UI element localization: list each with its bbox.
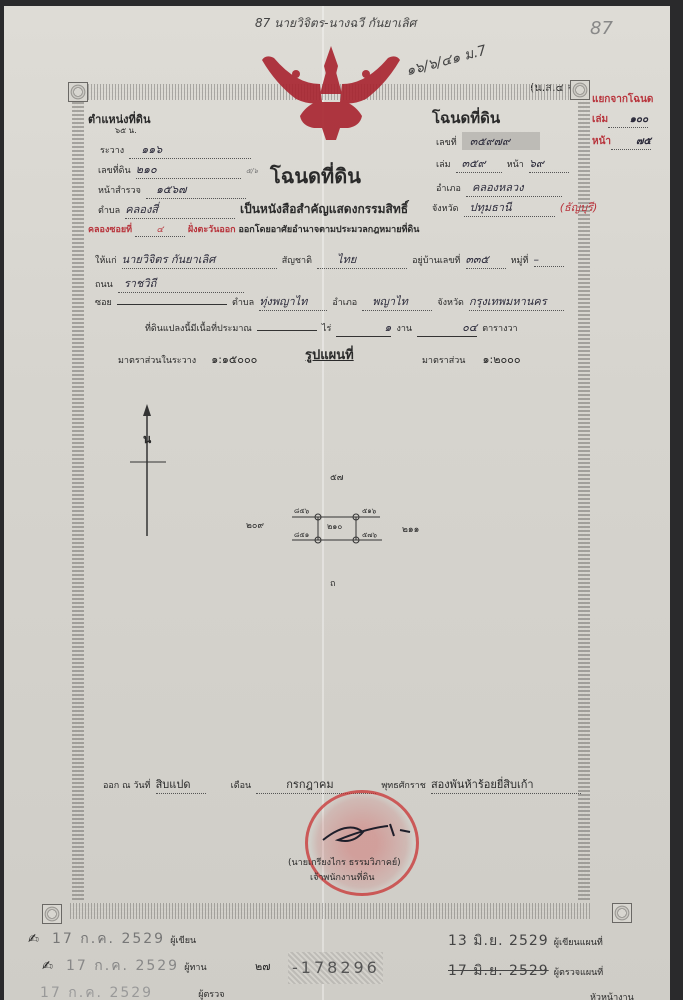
owner-province-label: จังหวัด	[437, 298, 464, 308]
deed-number-label: เลขที่	[436, 138, 457, 148]
checker-signature: ✍	[42, 959, 53, 974]
map-writer-label: ผู้เขียนแผนที่	[554, 938, 603, 948]
split-book-label: เล่ม	[592, 114, 608, 125]
deed-heading: โฉนดที่ดิน	[432, 106, 500, 130]
marker-sw: ๘๕๑	[294, 530, 309, 541]
inspector-label: ผู้ตรวจ	[198, 990, 224, 1000]
area-label: ที่ดินแปลงนี้มีเนื้อที่ประมาณ	[145, 324, 252, 334]
marker-nw: ๘๕๖	[294, 506, 309, 517]
south-neighbor: ถ	[330, 576, 335, 590]
issue-given-label: ออก ณ วันที่	[103, 781, 150, 791]
bottom-right-row-2: 17 มิ.ย. 2529 ผู้ตรวจแผนที่	[448, 960, 603, 982]
area-ngan-value: ๑	[336, 318, 391, 337]
corner-rosette-icon	[570, 80, 590, 100]
signatory-title: เจ้าพนักงานที่ดิน	[310, 870, 374, 884]
parcel-center: ๒๑๐	[327, 520, 342, 533]
house-number-label: อยู่บ้านเลขที่	[412, 256, 460, 266]
corner-rosette-icon	[42, 904, 62, 924]
soi-label: ซอย	[95, 298, 112, 308]
area-ngan-label: งาน	[396, 324, 412, 334]
area-rai-label: ไร่	[322, 324, 331, 334]
deed-province-field: จังหวัด ปทุมธานี (ธัญบุรี)	[432, 196, 597, 217]
survey-page-value: ๑๕๖๗	[146, 180, 246, 199]
marker-ne: ๕๑๖	[362, 506, 376, 517]
tambon-value: คลองสี่	[125, 200, 235, 219]
sheet-label: ระวาง	[100, 146, 124, 156]
security-border-bottom	[70, 903, 590, 919]
deed-amphoe-value: คลองหลวง	[466, 178, 562, 197]
issue-date-row: ออก ณ วันที่ สิบแปด เดือน กรกฎาคม พุทธศั…	[103, 773, 581, 794]
sheet-field: ระวาง ๑๑๖	[100, 138, 251, 159]
sheet-scale-label: มาตราส่วนในระวาง	[118, 356, 196, 366]
house-number-value: ๓๓๕	[466, 250, 506, 269]
area-row: ที่ดินแปลงนี้มีเนื้อที่ประมาณ ไร่ ๑ งาน …	[145, 316, 518, 337]
deed-province-note: (ธัญบุรี)	[560, 201, 598, 214]
issue-year-label: พุทธศักราช	[381, 781, 426, 791]
split-page-label: หน้า	[592, 136, 611, 147]
nationality-label: สัญชาติ	[282, 256, 312, 266]
canal-prefix: คลองซอยที่	[88, 225, 132, 235]
bottom-left-row-2: ✍ 17 ก.ค. 2529 ผู้ทาน	[42, 955, 207, 977]
bottom-right-row-3: หัวหน้างาน	[590, 985, 634, 1000]
deed-page-label: หน้า	[507, 160, 524, 170]
split-note-page: หน้า๗๕	[592, 134, 651, 150]
deed-page-value: ๖๙	[529, 154, 569, 173]
canal-number: ๔	[135, 222, 185, 237]
map-scale-value: ๑:๒๐๐๐	[483, 353, 521, 366]
marker-se: ๕๗๖	[362, 530, 377, 541]
map-writer-date: 13 มิ.ย. 2529	[448, 933, 549, 949]
map-scale: มาตราส่วน ๑:๒๐๐๐	[422, 348, 521, 368]
north-label: น	[143, 430, 151, 449]
deed-book-field: เล่ม ๓๕๙ หน้า ๖๙	[436, 152, 569, 173]
nationality-value: ไทย	[317, 250, 407, 269]
deed-number-value: ๓๕๙๗๙	[462, 132, 540, 150]
area-rai-value	[257, 330, 317, 331]
split-note-book: เล่ม๑๐๐	[592, 112, 648, 128]
map-checker-date: 17 มิ.ย. 2529	[448, 963, 549, 979]
signatory-name: (นายเกรียงไกร ธรรมวิภาคย์)	[288, 855, 401, 869]
owner-to-label: ให้แก่	[95, 256, 117, 266]
parcel-number-label: เลขที่ดิน	[98, 166, 131, 176]
head-label: หัวหน้างาน	[590, 993, 634, 1000]
area-wa-value: ๐๔	[417, 318, 477, 337]
split-page-value: ๗๕	[611, 134, 651, 150]
sheet-scale-value: ๑:๑๕๐๐๐	[211, 353, 257, 366]
survey-page-label: หน้าสำรวจ	[98, 186, 141, 196]
east-neighbor: ๒๑๑	[402, 522, 419, 536]
issued-authority-text: ออกโดยอาศัยอำนาจตามประมวลกฎหมายที่ดิน	[239, 225, 420, 235]
issue-day: สิบแปด	[156, 775, 206, 794]
map-scale-label: มาตราส่วน	[422, 356, 465, 366]
north-arrow-icon	[143, 404, 151, 416]
deed-amphoe-label: อำเภอ	[436, 184, 461, 194]
owner-tambon-value: ทุ่งพญาไท	[259, 292, 327, 311]
issue-month-label: เดือน	[231, 781, 251, 791]
inspector-date: 17 ก.ค. 2529	[40, 985, 153, 1000]
tambon-field: ตำบล คลองสี่	[98, 198, 235, 219]
parcel-number-field: เลขที่ดิน ๒๑๐ ๕/๖	[98, 158, 258, 179]
area-wa-label: ตารางวา	[482, 324, 517, 334]
deed-amphoe-field: อำเภอ คลองหลวง	[436, 176, 562, 197]
owner-row-1: ให้แก่ นายวิจิตร กันยาเลิศ สัญชาติ ไทย อ…	[95, 248, 564, 269]
road-label: ถนน	[95, 280, 113, 290]
writer-signature: ✍	[28, 932, 39, 947]
top-right-number: 87	[590, 18, 613, 39]
north-neighbor: ๕๗	[330, 470, 344, 484]
map-heading: รูปแผนที่	[305, 344, 354, 365]
deed-province-value: ปทุมธานี	[464, 198, 555, 217]
parcel-map	[120, 400, 460, 600]
checker-label: ผู้ทาน	[184, 963, 206, 973]
deed-book-value: ๓๕๙	[456, 154, 502, 173]
deed-book-label: เล่ม	[436, 160, 451, 170]
soi-value	[117, 304, 227, 305]
bottom-number: ๒๗	[255, 957, 271, 975]
writer-date: 17 ก.ค. 2529	[52, 931, 165, 947]
survey-page-field: หน้าสำรวจ ๑๕๖๗	[98, 178, 246, 199]
checker-date: 17 ก.ค. 2529	[66, 958, 179, 974]
land-position-sub: ๖๕ น.	[115, 124, 137, 137]
owner-amphoe-value: พญาไท	[362, 292, 432, 311]
security-border-left	[72, 100, 84, 900]
moo-label: หมู่ที่	[511, 256, 529, 266]
owner-tambon-label: ตำบล	[232, 298, 254, 308]
split-note-label: แยกจากโฉนด	[592, 92, 653, 107]
officer-signature	[318, 818, 428, 848]
owner-amphoe-label: อำเภอ	[332, 298, 357, 308]
moo-value: –	[534, 253, 564, 267]
parcel-number-value: ๒๑๐	[136, 160, 241, 179]
split-book-value: ๑๐๐	[608, 112, 648, 128]
top-handwritten-note: 87 นายวิจิตร-นางฉวี กันยาเลิศ	[255, 14, 416, 33]
sheet-value: ๑๑๖	[129, 140, 251, 159]
writer-label: ผู้เขียน	[170, 936, 196, 946]
deed-number-field: เลขที่ ๓๕๙๗๙	[436, 130, 540, 150]
corner-rosette-icon	[68, 82, 88, 102]
document-subtitle: เป็นหนังสือสำคัญแสดงกรรมสิทธิ์	[240, 200, 408, 219]
bottom-right-row-1: 13 มิ.ย. 2529 ผู้เขียนแผนที่	[448, 930, 603, 952]
bottom-left-row-1: ✍ 17 ก.ค. 2529 ผู้เขียน	[28, 928, 196, 950]
tambon-label: ตำบล	[98, 206, 120, 216]
document-title: โฉนดที่ดิน	[270, 160, 361, 192]
owner-province-value: กรุงเทพมหานคร	[469, 292, 564, 311]
canal-side: ฝั่งตะวันออก	[188, 225, 236, 235]
owner-row-address: ซอย ตำบล ทุ่งพญาไท อำเภอ พญาไท จังหวัด ก…	[95, 290, 564, 311]
parcel-number-extra: ๕/๖	[246, 167, 258, 175]
sheet-scale: มาตราส่วนในระวาง ๑:๑๕๐๐๐	[118, 348, 257, 368]
deed-province-label: จังหวัด	[432, 204, 459, 214]
bottom-left-row-3: 17 ก.ค. 2529 ผู้ตรวจ	[40, 982, 224, 1000]
west-neighbor: ๒๐๙	[246, 518, 264, 532]
garuda-emblem-icon	[256, 44, 406, 144]
owner-name: นายวิจิตร กันยาเลิศ	[122, 250, 277, 269]
issued-line: คลองซอยที่ ๔ ฝั่งตะวันออก ออกโดยอาศัยอำน…	[88, 222, 419, 237]
serial-number: -178296	[292, 958, 380, 977]
issue-year: สองพันห้าร้อยยี่สิบเก้า	[431, 775, 581, 794]
map-checker-label: ผู้ตรวจแผนที่	[554, 968, 603, 978]
corner-rosette-icon	[612, 903, 632, 923]
